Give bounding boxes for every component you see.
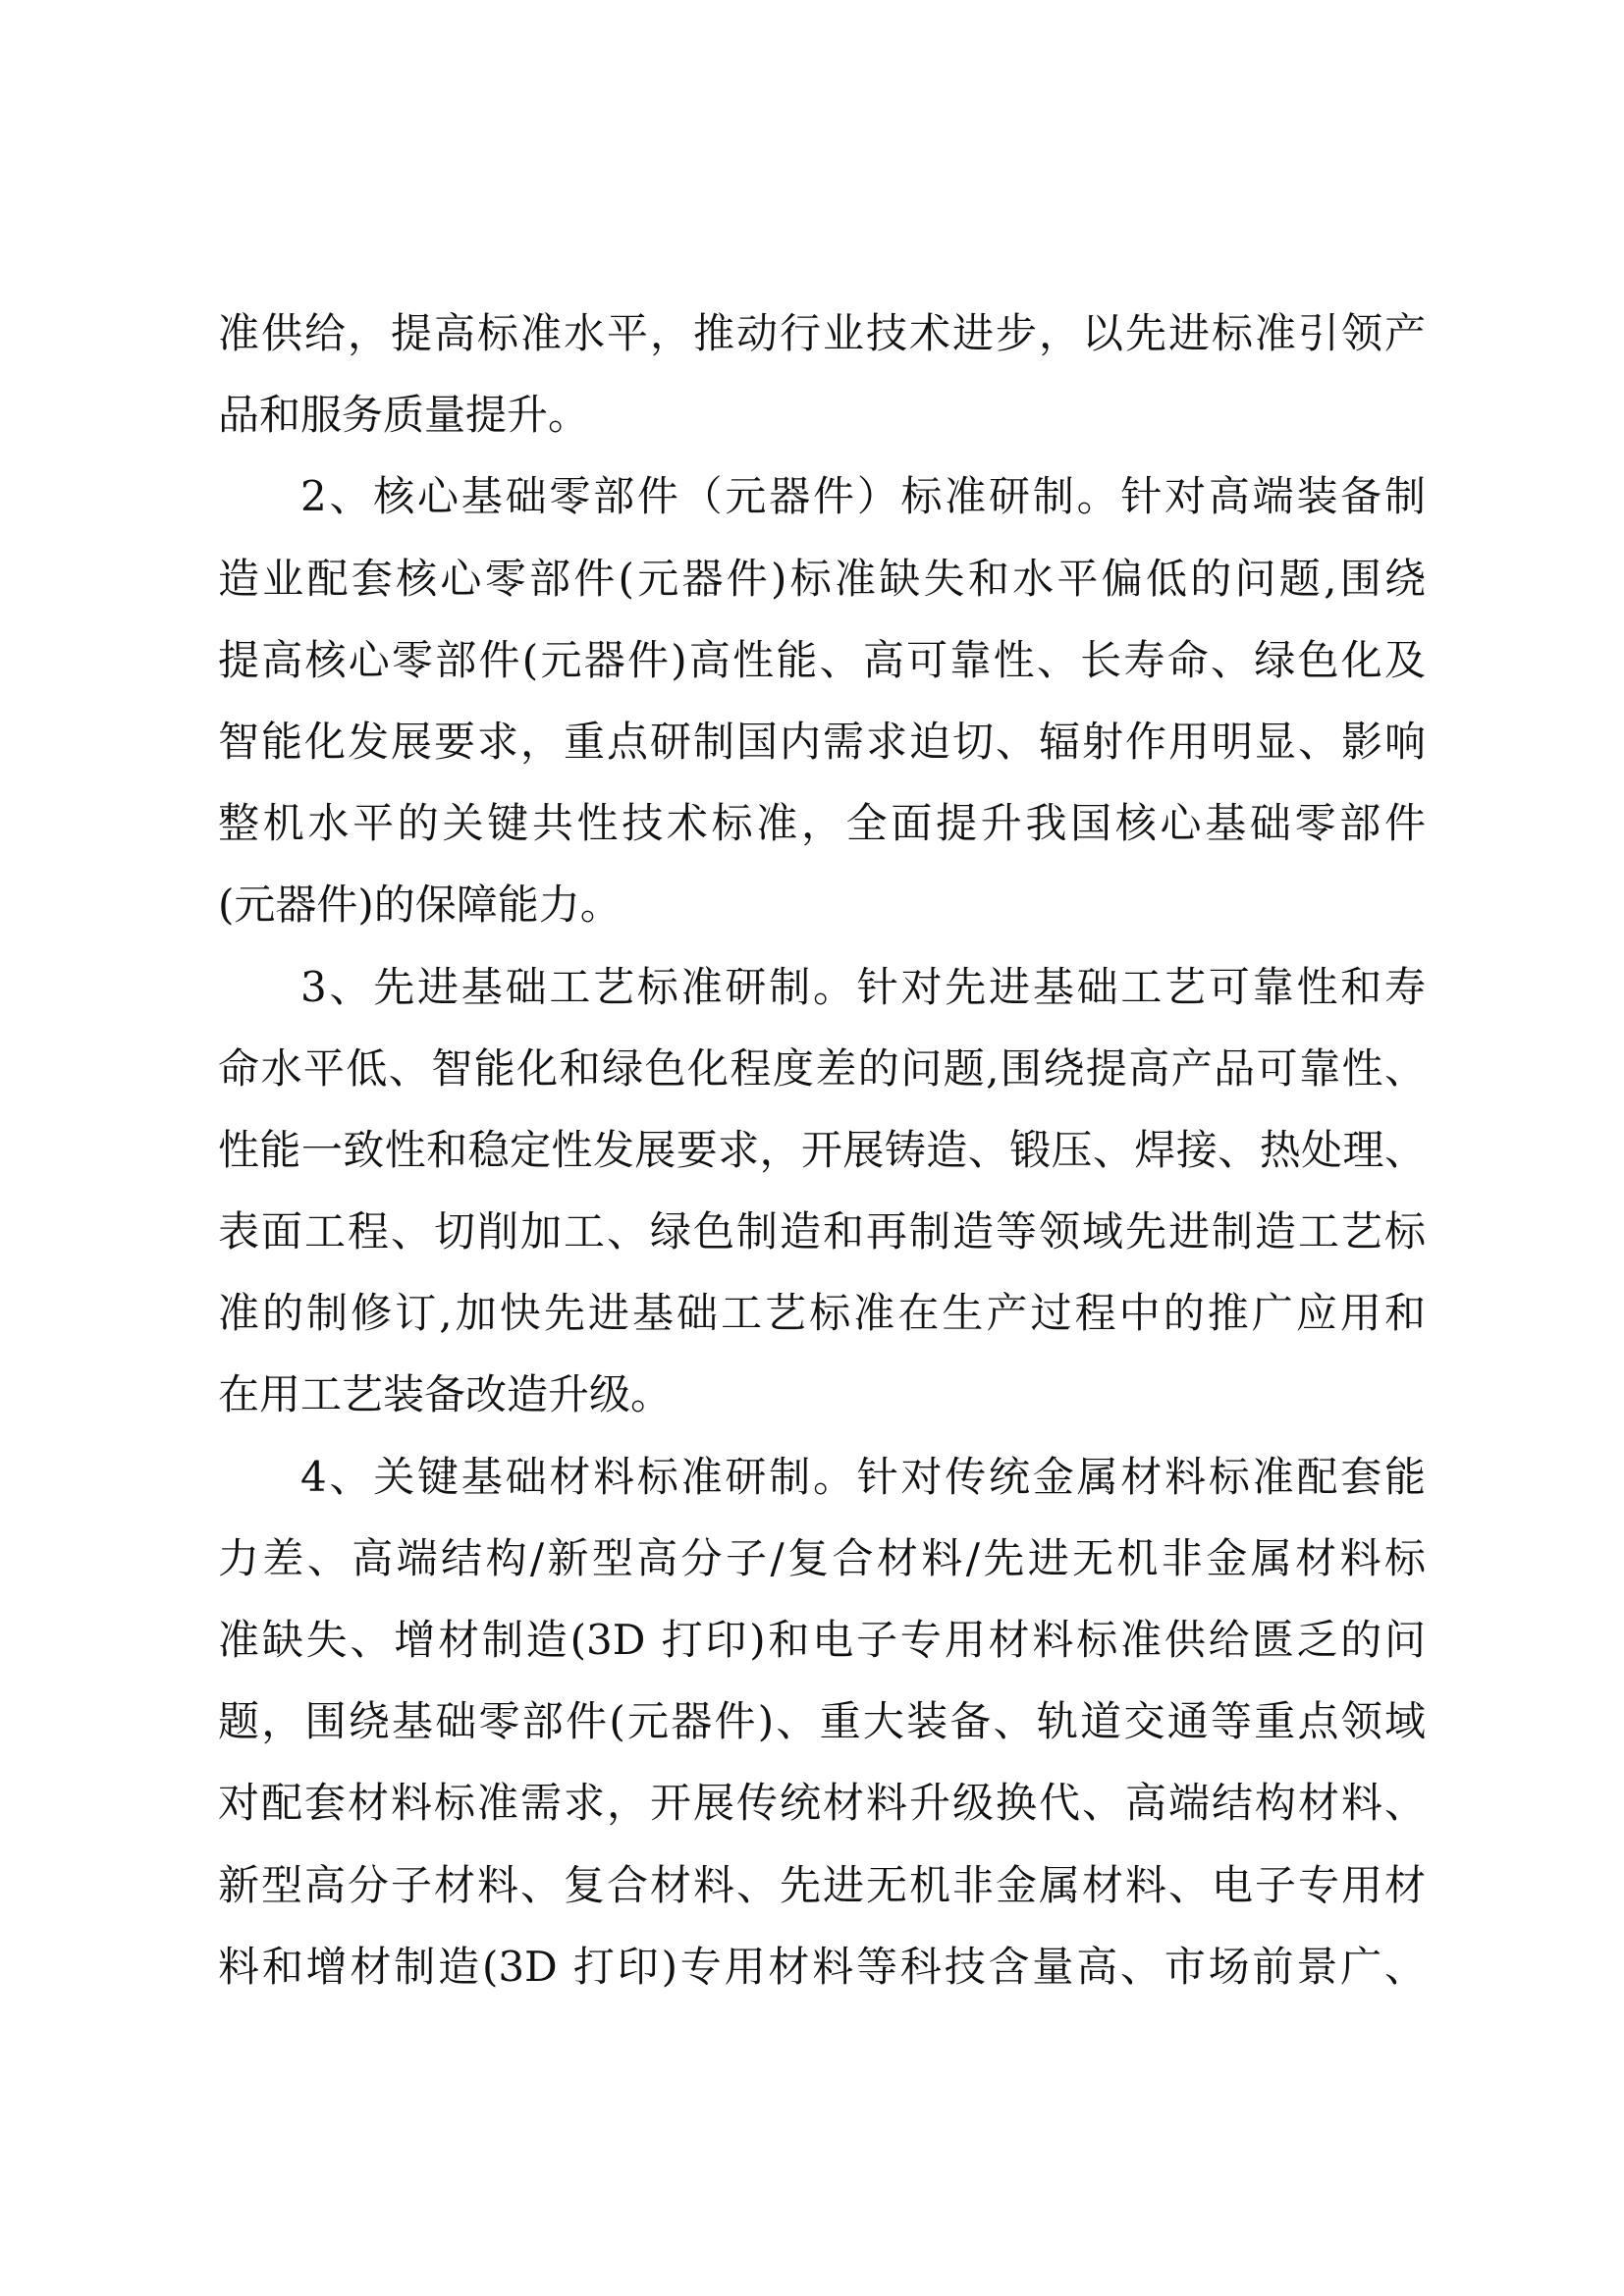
paragraph-heading-line: 2、核心基础零部件（元器件）标准研制。针对高端装备制 — [218, 460, 1426, 542]
text-line: 准供给，提高标准水平，推动行业技术进步，以先进标准引领产 — [218, 297, 1426, 379]
text-line: 性能一致性和稳定性发展要求，开展铸造、锻压、焊接、热处理、 — [218, 1114, 1426, 1196]
text-line: 题，围绕基础零部件(元器件)、重大装备、轨道交通等重点领域 — [218, 1685, 1426, 1767]
document-page: 准供给，提高标准水平，推动行业技术进步，以先进标准引领产 品和服务质量提升。 2… — [218, 297, 1426, 2012]
text-line: 对配套材料标准需求，开展传统材料升级换代、高端结构材料、 — [218, 1767, 1426, 1848]
text-line: 命水平低、智能化和绿色化程度差的问题,围绕提高产品可靠性、 — [218, 1033, 1426, 1114]
text-line: 表面工程、切削加工、绿色制造和再制造等领域先进制造工艺标 — [218, 1196, 1426, 1277]
text-line: 在用工艺装备改造升级。 — [218, 1359, 1426, 1440]
text-line: 准缺失、增材制造(3D 打印)和电子专用材料标准供给匮乏的问 — [218, 1604, 1426, 1685]
text-line: 造业配套核心零部件(元器件)标准缺失和水平偏低的问题,围绕 — [218, 543, 1426, 624]
text-line: 料和增材制造(3D 打印)专用材料等科技含量高、市场前景广、 — [218, 1931, 1426, 2012]
text-line: 提高核心零部件(元器件)高性能、高可靠性、长寿命、绿色化及 — [218, 624, 1426, 706]
text-line: 力差、高端结构/新型高分子/复合材料/先进无机非金属材料标 — [218, 1522, 1426, 1604]
text-line: 新型高分子材料、复合材料、先进无机非金属材料、电子专用材 — [218, 1849, 1426, 1931]
text-line: 智能化发展要求，重点研制国内需求迫切、辐射作用明显、影响 — [218, 706, 1426, 787]
text-line: 整机水平的关键共性技术标准，全面提升我国核心基础零部件 — [218, 787, 1426, 869]
paragraph-heading-line: 3、先进基础工艺标准研制。针对先进基础工艺可靠性和寿 — [218, 951, 1426, 1033]
paragraph-heading-line: 4、关键基础材料标准研制。针对传统金属材料标准配套能 — [218, 1441, 1426, 1522]
text-line: (元器件)的保障能力。 — [218, 869, 1426, 950]
text-line: 品和服务质量提升。 — [218, 379, 1426, 460]
text-line: 准的制修订,加快先进基础工艺标准在生产过程中的推广应用和 — [218, 1277, 1426, 1359]
